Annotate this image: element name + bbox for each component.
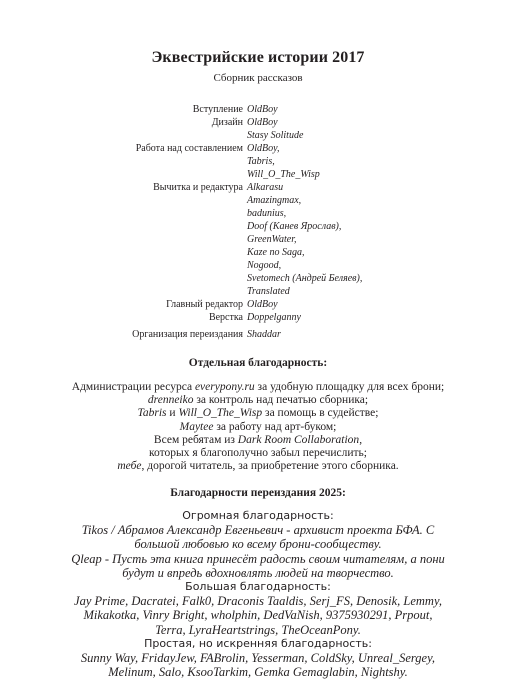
reissue-thanks-heading: Благодарности переиздания 2025: bbox=[0, 487, 516, 499]
big-thanks-line: Terra, LyraHeartstrings, TheOceanPony. bbox=[0, 623, 516, 637]
thanked-name: тебе bbox=[117, 460, 141, 472]
big-thanks-line: Jay Prime, Dacratei, Falk0, Draconis Taa… bbox=[0, 594, 516, 608]
thanks-line: drenneiko за контроль над печатью сборни… bbox=[0, 394, 516, 407]
credit-name: OldBoy bbox=[247, 116, 303, 129]
credit-name: Svetomech (Андрей Беляев), bbox=[247, 272, 362, 285]
credit-names: OldBoy bbox=[247, 103, 278, 116]
huge-thanks-line: будут и впредь вдохновлять людей на твор… bbox=[0, 566, 516, 580]
credit-role: Работа над составлением bbox=[0, 142, 247, 181]
credit-role: Вычитка и редактура bbox=[0, 181, 247, 298]
credit-name: GreenWater, bbox=[247, 233, 362, 246]
credit-name: Doof (Канев Ярослав), bbox=[247, 220, 362, 233]
credit-name: Stasy Solitude bbox=[247, 129, 303, 142]
credit-row: Вычитка и редактураAlkarasuAmazingmax,ba… bbox=[0, 181, 516, 298]
credit-role: Главный редактор bbox=[0, 298, 247, 311]
thanks-line: Maytee за работу над арт-буком; bbox=[0, 421, 516, 434]
simple-thanks-line: Sunny Way, FridayJew, FABrolin, Yesserma… bbox=[0, 651, 516, 665]
credit-name: badunius, bbox=[247, 207, 362, 220]
thanked-name: Maytee bbox=[180, 421, 214, 433]
credit-row: Главный редакторOldBoy bbox=[0, 298, 516, 311]
credit-names: OldBoy bbox=[247, 298, 278, 311]
credit-name: Tabris, bbox=[247, 155, 320, 168]
credit-names: OldBoy,Tabris,Will_O_The_Wisp bbox=[247, 142, 320, 181]
book-subtitle: Сборник рассказов bbox=[0, 72, 516, 84]
credit-name: Shaddar bbox=[247, 328, 281, 341]
big-thanks-label: Большая благодарность: bbox=[0, 580, 516, 594]
thanks-line: Tabris и Will_O_The_Wisp за помощь в суд… bbox=[0, 407, 516, 420]
huge-thanks-line: Tikos / Абрамов Александр Евгеньевич - а… bbox=[0, 523, 516, 537]
credit-name: Translated bbox=[247, 285, 362, 298]
credit-row: ВерсткаDoppelganny bbox=[0, 311, 516, 324]
credit-name: OldBoy bbox=[247, 298, 278, 311]
reissue-thanks-block: Огромная благодарность:Tikos / Абрамов А… bbox=[0, 509, 516, 679]
credit-name: Nogood, bbox=[247, 259, 362, 272]
huge-thanks-label: Огромная благодарность: bbox=[0, 509, 516, 523]
credit-row: Организация переизданияShaddar bbox=[0, 328, 516, 341]
book-title: Эквестрийские истории 2017 bbox=[0, 49, 516, 67]
credit-name: Will_O_The_Wisp bbox=[247, 168, 320, 181]
credits-list: ВступлениеOldBoyДизайнOldBoyStasy Solitu… bbox=[0, 103, 516, 341]
thanked-name: Dark Room Collaboration bbox=[238, 434, 359, 446]
credit-name: OldBoy, bbox=[247, 142, 320, 155]
thanked-name: drenneiko bbox=[148, 394, 194, 406]
thanked-name: everypony.ru bbox=[195, 381, 255, 393]
credit-role: Организация переиздания bbox=[0, 328, 247, 341]
credit-row: Работа над составлениемOldBoy,Tabris,Wil… bbox=[0, 142, 516, 181]
credit-names: Doppelganny bbox=[247, 311, 301, 324]
credit-name: OldBoy bbox=[247, 103, 278, 116]
huge-thanks-line: большой любовью ко всему брони-сообществ… bbox=[0, 537, 516, 551]
thanks-line: тебе, дорогой читатель, за приобретение … bbox=[0, 460, 516, 473]
special-thanks-block: Администрации ресурса everypony.ru за уд… bbox=[0, 381, 516, 473]
simple-thanks-line: Melinum, Salo, KsooTarkim, Gemka Gemagla… bbox=[0, 665, 516, 679]
big-thanks-line: Mikakotka, Vinry Bright, wholphin, DedVa… bbox=[0, 608, 516, 622]
credit-name: Doppelganny bbox=[247, 311, 301, 324]
thanks-line: Всем ребятам из Dark Room Collaboration, bbox=[0, 434, 516, 447]
credit-name: Alkarasu bbox=[247, 181, 362, 194]
credit-name: Kaze no Saga, bbox=[247, 246, 362, 259]
credit-row: ВступлениеOldBoy bbox=[0, 103, 516, 116]
special-thanks-heading: Отдельная благодарность: bbox=[0, 357, 516, 369]
credit-row: ДизайнOldBoyStasy Solitude bbox=[0, 116, 516, 142]
simple-thanks-label: Простая, но искренняя благодарность: bbox=[0, 637, 516, 651]
credit-role: Вступление bbox=[0, 103, 247, 116]
document-page: Эквестрийские истории 2017 Сборник расск… bbox=[0, 0, 516, 697]
thanks-line: которых я благополучно забыл перечислить… bbox=[0, 447, 516, 460]
credit-names: AlkarasuAmazingmax,badunius,Doof (Канев … bbox=[247, 181, 362, 298]
credit-name: Amazingmax, bbox=[247, 194, 362, 207]
credit-role: Верстка bbox=[0, 311, 247, 324]
credit-names: OldBoyStasy Solitude bbox=[247, 116, 303, 142]
credit-role: Дизайн bbox=[0, 116, 247, 142]
huge-thanks-line: Qleap - Пусть эта книга принесёт радость… bbox=[0, 552, 516, 566]
credit-names: Shaddar bbox=[247, 328, 281, 341]
thanked-name: Tabris bbox=[138, 407, 167, 419]
thanks-line: Администрации ресурса everypony.ru за уд… bbox=[0, 381, 516, 394]
thanked-name: Will_O_The_Wisp bbox=[178, 407, 262, 419]
